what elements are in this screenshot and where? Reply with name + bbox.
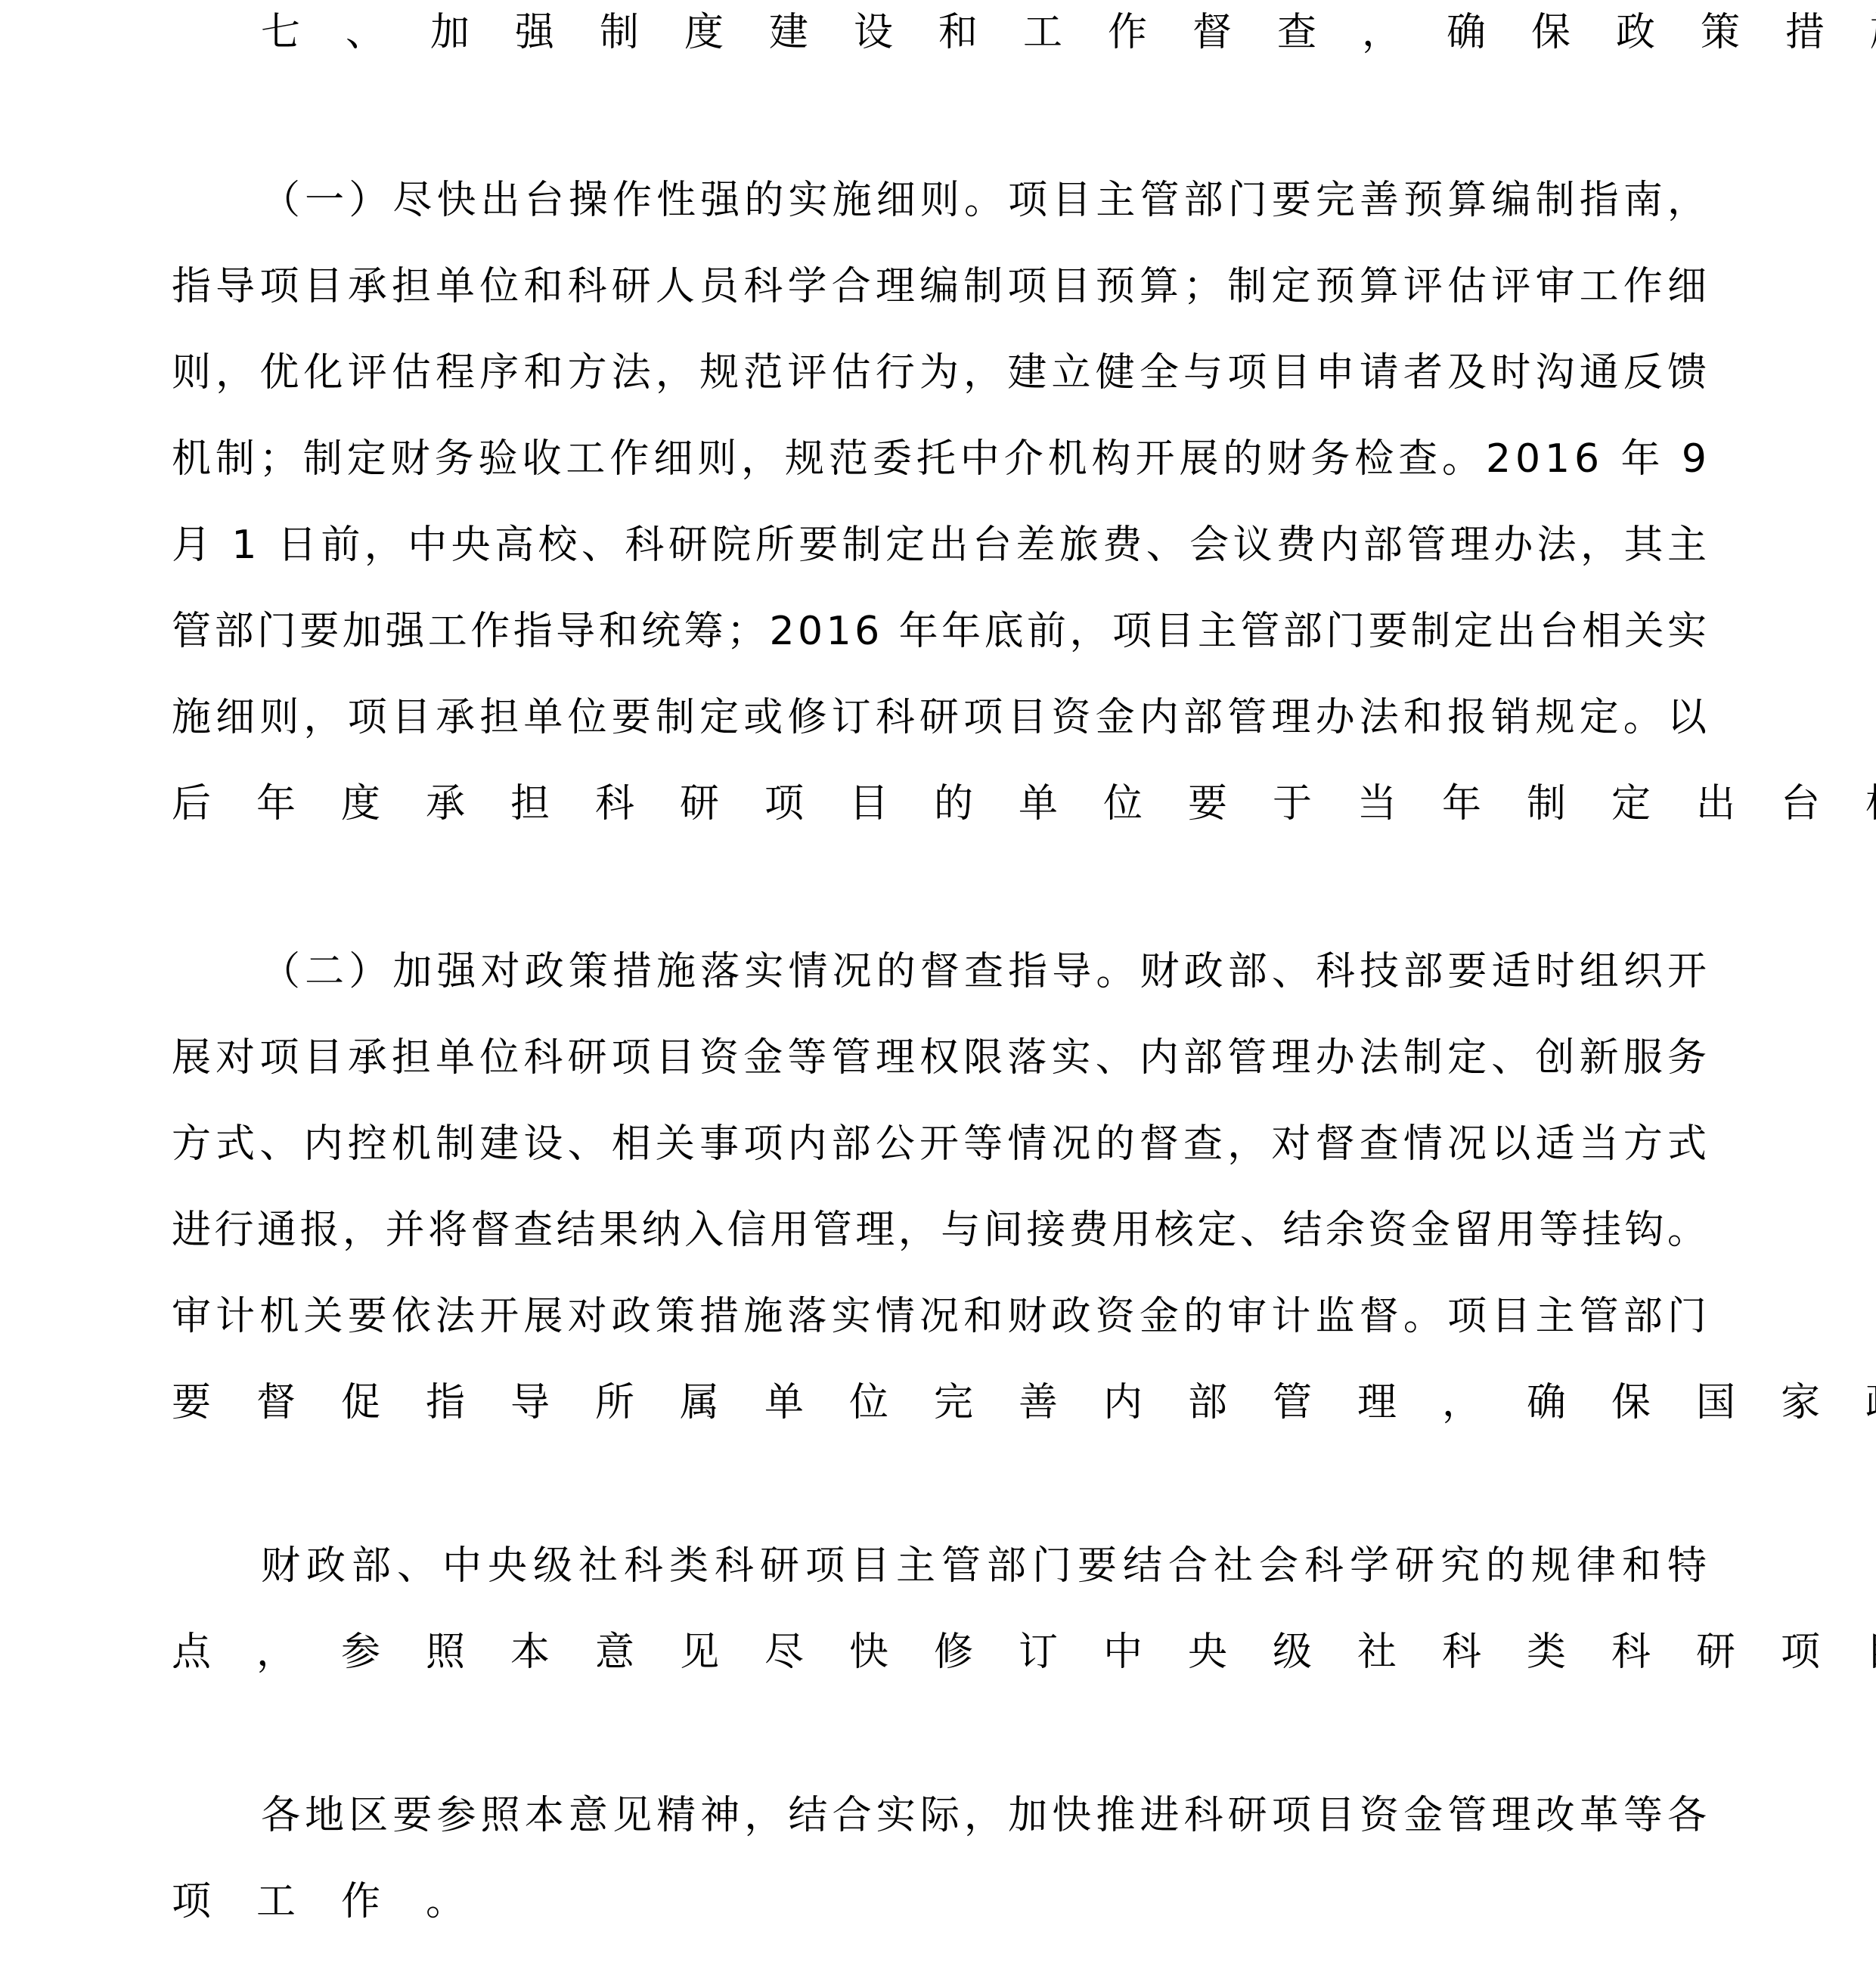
paragraph-3-line-2: 点，参照本意见尽快修订中央级社科类科研项目资金管理办法。 [172, 1626, 1707, 1679]
line-text: 展对项目承担单位科研项目资金等管理权限落实、内部管理办法制定、创新服务 [172, 1031, 1711, 1084]
paragraph-1-line-2: 指导项目承担单位和科研人员科学合理编制项目预算；制定预算评估评审工作细 [172, 260, 1707, 313]
heading-text: 七、加强制度建设和工作督查，确保政策措施落地见效 [261, 6, 1876, 59]
paragraph-2-line-6: 要督促指导所属单位完善内部管理，确保国家政策规定落到实处。 [172, 1376, 1707, 1429]
paragraph-1-line-1: （一）尽快出台操作性强的实施细则。项目主管部门要完善预算编制指南， [261, 174, 1707, 227]
line-text: 进行通报，并将督查结果纳入信用管理，与间接费用核定、结余资金留用等挂钩。 [172, 1204, 1710, 1257]
line-text: 点，参照本意见尽快修订中央级社科类科研项目资金管理办法。 [172, 1626, 1876, 1679]
line-text: 审计机关要依法开展对政策措施落实情况和财政资金的审计监督。项目主管部门 [172, 1290, 1711, 1343]
paragraph-3-line-1: 财政部、中央级社科类科研项目主管部门要结合社会科学研究的规律和特 [261, 1540, 1707, 1592]
line-text: 机制；制定财务验收工作细则，规范委托中介机构开展的财务检查。2016 年 9 [172, 433, 1711, 485]
line-text: 施细则，项目承担单位要制定或修订科研项目资金内部管理办法和报销规定。以 [172, 691, 1711, 744]
paragraph-2-line-4: 进行通报，并将督查结果纳入信用管理，与间接费用核定、结余资金留用等挂钩。 [172, 1204, 1707, 1257]
line-text: 管部门要加强工作指导和统筹；2016 年年底前，项目主管部门要制定出台相关实 [172, 605, 1710, 658]
paragraph-4-line-2: 项工作。 [172, 1875, 1707, 1928]
paragraph-2-line-1: （二）加强对政策措施落实情况的督查指导。财政部、科技部要适时组织开 [261, 945, 1707, 998]
section-heading: 七、加强制度建设和工作督查，确保政策措施落地见效 [261, 6, 1876, 59]
paragraph-1-line-5: 月 1 日前，中央高校、科研院所要制定出台差旅费、会议费内部管理办法，其主 [172, 519, 1707, 572]
paragraph-2-line-5: 审计机关要依法开展对政策措施落实情况和财政资金的审计监督。项目主管部门 [172, 1290, 1707, 1343]
line-text: 则，优化评估程序和方法，规范评估行为，建立健全与项目申请者及时沟通反馈 [172, 346, 1711, 399]
line-text: 方式、内控机制建设、相关事项内部公开等情况的督查，对督查情况以适当方式 [172, 1118, 1711, 1171]
line-text: 要督促指导所属单位完善内部管理，确保国家政策规定落到实处。 [172, 1376, 1876, 1429]
paragraph-2-line-2: 展对项目承担单位科研项目资金等管理权限落实、内部管理办法制定、创新服务 [172, 1031, 1707, 1084]
line-text: 财政部、中央级社科类科研项目主管部门要结合社会科学研究的规律和特 [261, 1540, 1713, 1592]
paragraph-1-line-8: 后年度承担科研项目的单位要于当年制定出台相关管理办法和规定。 [172, 777, 1707, 830]
line-text: 项工作。 [172, 1875, 510, 1928]
paragraph-1-line-4: 机制；制定财务验收工作细则，规范委托中介机构开展的财务检查。2016 年 9 [172, 433, 1707, 485]
line-text: 各地区要参照本意见精神，结合实际，加快推进科研项目资金管理改革等各 [261, 1789, 1711, 1842]
paragraph-1-line-7: 施细则，项目承担单位要制定或修订科研项目资金内部管理办法和报销规定。以 [172, 691, 1707, 744]
line-text: （一）尽快出台操作性强的实施细则。项目主管部门要完善预算编制指南， [261, 174, 1711, 227]
line-text: （二）加强对政策措施落实情况的督查指导。财政部、科技部要适时组织开 [261, 945, 1711, 998]
line-text: 月 1 日前，中央高校、科研院所要制定出台差旅费、会议费内部管理办法，其主 [172, 519, 1710, 572]
line-text: 后年度承担科研项目的单位要于当年制定出台相关管理办法和规定。 [172, 777, 1876, 830]
paragraph-1-line-3: 则，优化评估程序和方法，规范评估行为，建立健全与项目申请者及时沟通反馈 [172, 346, 1707, 399]
paragraph-1-line-6: 管部门要加强工作指导和统筹；2016 年年底前，项目主管部门要制定出台相关实 [172, 605, 1707, 658]
paragraph-4-line-1: 各地区要参照本意见精神，结合实际，加快推进科研项目资金管理改革等各 [261, 1789, 1707, 1842]
paragraph-2-line-3: 方式、内控机制建设、相关事项内部公开等情况的督查，对督查情况以适当方式 [172, 1118, 1707, 1171]
document-page: 七、加强制度建设和工作督查，确保政策措施落地见效 （一）尽快出台操作性强的实施细… [0, 0, 1876, 1966]
line-text: 指导项目承担单位和科研人员科学合理编制项目预算；制定预算评估评审工作细 [172, 260, 1711, 313]
